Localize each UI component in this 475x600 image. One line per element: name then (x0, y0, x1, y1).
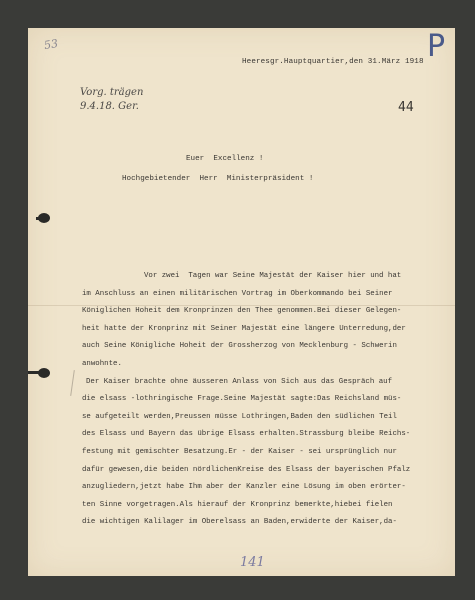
body-line: anzugliedern,jetzt habe Ihm aber der Kan… (82, 479, 452, 497)
place-date-header: Heeresgr.Hauptquartier,den 31.März 1918 (242, 58, 424, 66)
body-line: dafür gewesen,die beiden nördlichenKreis… (82, 462, 452, 480)
page-number: 44 (398, 100, 414, 115)
body-line: Vor zwei Tagen war Seine Majestät der Ka… (82, 268, 452, 286)
body-line: die wichtigen Kalilager im Oberelsass an… (82, 514, 452, 532)
body-line: auch Seine Königliche Hoheit der Grosshe… (82, 338, 452, 356)
body-line: anwohnte. (82, 356, 452, 374)
handwritten-line-1: Vorg. trägen (80, 86, 143, 100)
body-line: Königlichen Hoheit dem Kronprinzen den T… (82, 303, 452, 321)
body-line: ten Sinne vorgetragen.Als hierauf der Kr… (82, 497, 452, 515)
archive-mark: P (427, 32, 445, 62)
body-line: des Elsass und Bayern das übrige Elsass … (82, 426, 452, 444)
handwritten-line-2: 9.4.18. Ger. (80, 100, 143, 114)
body-line: im Anschluss an einen militärischen Vort… (82, 286, 452, 304)
body-line: festung mit gemischter Besatzung.Er - de… (82, 444, 452, 462)
body-line: die elsass -lothringische Frage.Seine Ma… (82, 391, 452, 409)
handwritten-annotation: Vorg. trägen 9.4.18. Ger. (80, 86, 143, 114)
folio-number-bottom: 141 (240, 555, 265, 570)
letter-body: Vor zwei Tagen war Seine Majestät der Ka… (82, 268, 452, 532)
body-line: Der Kaiser brachte ohne äusseren Anlass … (82, 374, 452, 392)
folio-number-top: 53 (43, 37, 59, 52)
body-line: se aufgeteilt werden,Preussen müsse Loth… (82, 409, 452, 427)
punch-hole-icon (38, 213, 50, 223)
body-line: heit hatte der Kronprinz mit Seiner Maje… (82, 321, 452, 339)
salutation-line-2: Hochgebietender Herr Ministerpräsident ! (122, 175, 313, 183)
salutation-line-1: Euer Excellenz ! (186, 155, 263, 163)
punch-hole-icon (38, 368, 50, 378)
